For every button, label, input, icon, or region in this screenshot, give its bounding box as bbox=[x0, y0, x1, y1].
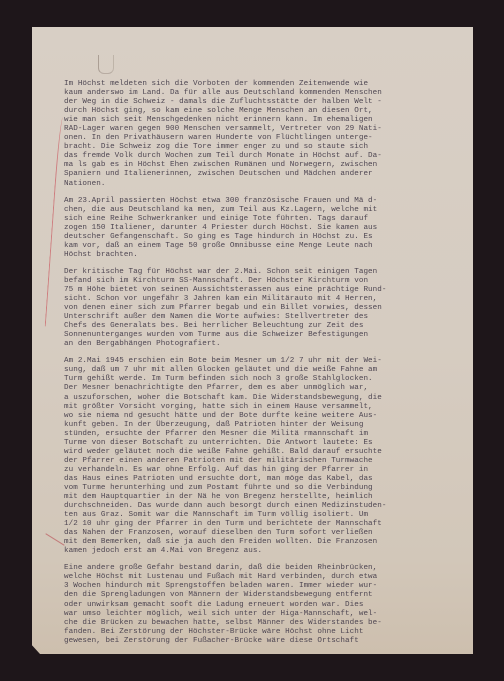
text-line: den die Sprengladungen von Männern der W… bbox=[64, 591, 469, 600]
text-line: ma ls gab es in Höchst Ehen zwischen Rum… bbox=[64, 161, 469, 170]
text-line: durch Höchst ging, so kam eine solche Me… bbox=[64, 107, 469, 116]
text-line: Im Höchst meldeten sich die Vorboten der… bbox=[64, 80, 469, 89]
paragraph: Im Höchst meldeten sich die Vorboten der… bbox=[64, 80, 469, 189]
paragraph: Eine andere große Gefahr bestand darin, … bbox=[64, 564, 469, 645]
text-line: das Haus eines Patrioten und ersuchte do… bbox=[64, 475, 469, 484]
text-line: von denen einer sich zum Pfarrer begab u… bbox=[64, 304, 469, 313]
text-line: kunft geben. In der Überzeugung, daß Pat… bbox=[64, 421, 469, 430]
text-line: Unterschrift außer dem Namen die Worte a… bbox=[64, 313, 469, 322]
text-line: chen, die aus Deutschland ka men, zum Te… bbox=[64, 206, 469, 215]
paragraph: Am 23.April passierten Höchst etwa 300 f… bbox=[64, 197, 469, 260]
text-line: Am 2.Mai 1945 erschien ein Bote beim Mes… bbox=[64, 357, 469, 366]
text-line: wie man sich seit Menschgedenken nicht e… bbox=[64, 116, 469, 125]
text-line: gewesen, bei Zerstörung der Fußacher-Brü… bbox=[64, 637, 469, 646]
text-line: befand sich im Kirchturm SS-Mannschaft. … bbox=[64, 277, 469, 286]
text-line: fanden. Bei Zerstörung der Höchster-Brüc… bbox=[64, 628, 469, 637]
text-line: Turm gehißt werde. Im Turm befinden sich… bbox=[64, 375, 469, 384]
red-margin-tick bbox=[45, 533, 64, 546]
text-line: stünden, ersuchte der Pfarrer den Mesner… bbox=[64, 430, 469, 439]
text-line: RAD-Lager waren gegen 900 Menschen versa… bbox=[64, 125, 469, 134]
text-line: Chefs des Generalats bes. Bei herrlicher… bbox=[64, 322, 469, 331]
text-line: Höchst brachten. bbox=[64, 251, 469, 260]
paragraph: Der kritische Tag für Höchst war der 2.M… bbox=[64, 268, 469, 349]
text-line: ten aus Graz. Somit war die Mannschaft i… bbox=[64, 511, 469, 520]
text-line: war umso leichter möglich, weil sich unt… bbox=[64, 610, 469, 619]
text-line: a uszuforschen, woher die Botschaft kam.… bbox=[64, 394, 469, 403]
text-line: 1/2 10 uhr ging der Pfarrer in den Turm … bbox=[64, 520, 469, 529]
text-line: wo sie niema nd gesucht hätte und der Bo… bbox=[64, 412, 469, 421]
text-line: an den Bergabhängen Photografiert. bbox=[64, 340, 469, 349]
text-line: durchschneiden. Das wurde dann auch beso… bbox=[64, 502, 469, 511]
text-line: oder unwirksam gemacht sooft die Ladung … bbox=[64, 601, 469, 610]
text-line: wird weder geläutet noch die weiße Fahne… bbox=[64, 448, 469, 457]
text-line: sicht. Schon vor ungefähr 3 Jahren kam e… bbox=[64, 295, 469, 304]
text-line: mit größter Vorsicht vorging, hatte sich… bbox=[64, 403, 469, 412]
text-line: Der kritische Tag für Höchst war der 2.M… bbox=[64, 268, 469, 277]
text-line: Nationen. bbox=[64, 180, 469, 189]
text-line: deutscher Gefangenschaft. So ging es Tag… bbox=[64, 233, 469, 242]
text-line: zogen 150 Italiener, darunter 4 Priester… bbox=[64, 224, 469, 233]
text-line: bracht. Die Schweiz zog die Tore immer e… bbox=[64, 143, 469, 152]
text-line: Spaniern und Italienerinnen, zwischen De… bbox=[64, 170, 469, 179]
text-line: zu verhandeln. Es war ohne Erfolg. Auf d… bbox=[64, 466, 469, 475]
text-line: der Pfarrer einen anderen Patrioten mit … bbox=[64, 457, 469, 466]
text-line: Eine andere große Gefahr bestand darin, … bbox=[64, 564, 469, 573]
text-line: kam vor, daß an einem Tage 50 große Omni… bbox=[64, 242, 469, 251]
text-line: Am 23.April passierten Höchst etwa 300 f… bbox=[64, 197, 469, 206]
text-line: der Weg in die Schweiz - damals die Zufl… bbox=[64, 98, 469, 107]
text-line: mit dem Bemerken, daß sie ja auch den Fr… bbox=[64, 538, 469, 547]
text-line: kamen jedoch erst am 4.Mai von Bregenz a… bbox=[64, 547, 469, 556]
text-line: onen. In den Privathäusern waren Hundert… bbox=[64, 134, 469, 143]
text-line: das Nahen der Franzosen, worauf dieselbe… bbox=[64, 529, 469, 538]
text-line: che die Brücken zu bewachen hatte, selbs… bbox=[64, 619, 469, 628]
text-line: sung, daß um 7 uhr mit allen Glocken gel… bbox=[64, 366, 469, 375]
text-line: sich eine Reihe Schwerkranker und einige… bbox=[64, 215, 469, 224]
text-line: 3 Wochen hindurch mit Sprengstoffen bela… bbox=[64, 582, 469, 591]
paragraph: Am 2.Mai 1945 erschien ein Bote beim Mes… bbox=[64, 357, 469, 556]
text-line: kaum anderswo im Land. Da für alle aus D… bbox=[64, 89, 469, 98]
text-line: vom Turme herunterhing und zum Postamt f… bbox=[64, 484, 469, 493]
scan-background: Im Höchst meldeten sich die Vorboten der… bbox=[0, 0, 504, 681]
pencil-mark bbox=[98, 55, 114, 74]
text-line: Sonnenunterganges wurden vom Turme aus d… bbox=[64, 331, 469, 340]
text-line: mit dem Hauptquartier in der Nä he von B… bbox=[64, 493, 469, 502]
text-line: Der Mesner benachrichtigte den Pfarrer, … bbox=[64, 384, 469, 393]
text-line: Turme von dieser Botschaft zu unterricht… bbox=[64, 439, 469, 448]
text-line: 75 m Höhe bietet von seinen Aussichtster… bbox=[64, 286, 469, 295]
typewritten-page: Im Höchst meldeten sich die Vorboten der… bbox=[32, 27, 473, 654]
text-line: welche Höchst mit Lustenau und Fußach mi… bbox=[64, 573, 469, 582]
text-line: das fremde Volk durch Wochen zum Teil du… bbox=[64, 152, 469, 161]
document-body: Im Höchst meldeten sich die Vorboten der… bbox=[64, 80, 469, 654]
